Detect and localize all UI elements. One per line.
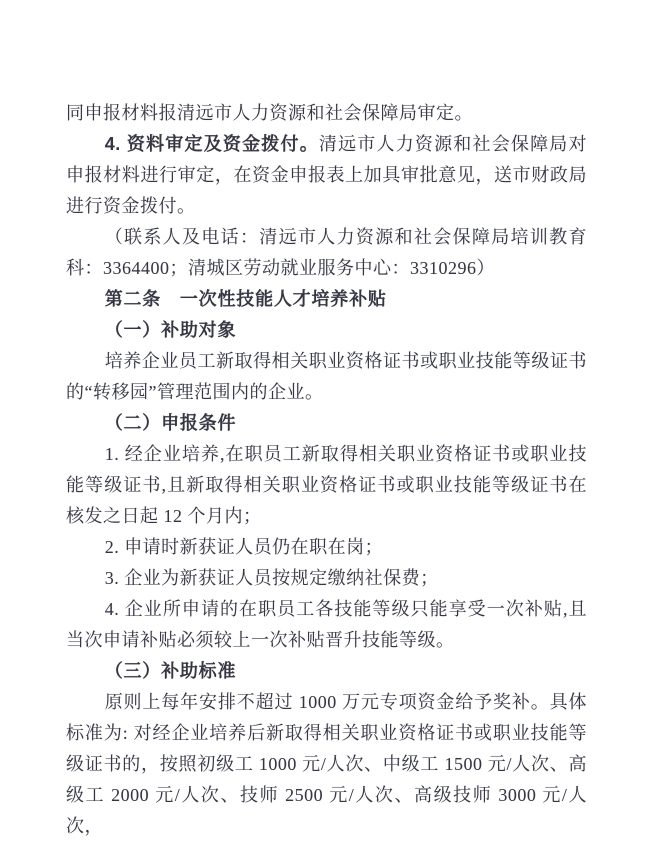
- text-run: 1. 经企业培养,在职员工新取得相关职业资格证书或职业技能等级证书,且新取得相关…: [66, 444, 587, 526]
- paragraph: 培养企业员工新取得相关职业资格证书或职业技能等级证书的“转移园”管理范围内的企业…: [66, 346, 587, 408]
- text-run: 同申报材料报清远市人力资源和社会保障局审定。: [66, 103, 473, 123]
- bold-text-run: （一）补助对象: [105, 320, 237, 340]
- text-run: 4. 企业所申请的在职员工各技能等级只能享受一次补贴,且当次申请补贴必须较上一次…: [66, 599, 587, 650]
- paragraph: 1. 经企业培养,在职员工新取得相关职业资格证书或职业技能等级证书,且新取得相关…: [66, 439, 587, 532]
- paragraph: 3. 企业为新获证人员按规定缴纳社保费；: [66, 563, 587, 594]
- bold-text-run: （三）补助标准: [105, 661, 237, 681]
- text-run: 2. 申请时新获证人员仍在职在岗；: [105, 537, 384, 557]
- paragraph: （联系人及电话：清远市人力资源和社会保障局培训教育科：3364400；清城区劳动…: [66, 222, 587, 284]
- paragraph: 原则上每年安排不超过 1000 万元专项资金给予奖补。具体标准为: 对经企业培养…: [66, 687, 587, 842]
- bold-text-run: 4. 资料审定及资金拨付。: [105, 134, 319, 154]
- paragraph: 2. 申请时新获证人员仍在职在岗；: [66, 532, 587, 563]
- text-run: 原则上每年安排不超过 1000 万元专项资金给予奖补。具体标准为: 对经企业培养…: [66, 692, 587, 836]
- section-heading: （三）补助标准: [66, 656, 587, 687]
- bold-text-run: 第二条 一次性技能人才培养补贴: [105, 289, 387, 309]
- section-heading: （二）申报条件: [66, 408, 587, 439]
- text-run: （联系人及电话：清远市人力资源和社会保障局培训教育科：3364400；清城区劳动…: [66, 227, 587, 278]
- paragraph: 4. 资料审定及资金拨付。清远市人力资源和社会保障局对申报材料进行审定，在资金申…: [66, 129, 587, 222]
- document-body: 同申报材料报清远市人力资源和社会保障局审定。4. 资料审定及资金拨付。清远市人力…: [66, 98, 587, 842]
- text-run: 培养企业员工新取得相关职业资格证书或职业技能等级证书的“转移园”管理范围内的企业…: [66, 351, 587, 402]
- bold-text-run: （二）申报条件: [105, 413, 237, 433]
- section-heading: （一）补助对象: [66, 315, 587, 346]
- paragraph: 同申报材料报清远市人力资源和社会保障局审定。: [66, 98, 587, 129]
- section-heading: 第二条 一次性技能人才培养补贴: [66, 284, 587, 315]
- document-page: 同申报材料报清远市人力资源和社会保障局审定。4. 资料审定及资金拨付。清远市人力…: [0, 0, 650, 859]
- paragraph: 4. 企业所申请的在职员工各技能等级只能享受一次补贴,且当次申请补贴必须较上一次…: [66, 594, 587, 656]
- text-run: 3. 企业为新获证人员按规定缴纳社保费；: [105, 568, 439, 588]
